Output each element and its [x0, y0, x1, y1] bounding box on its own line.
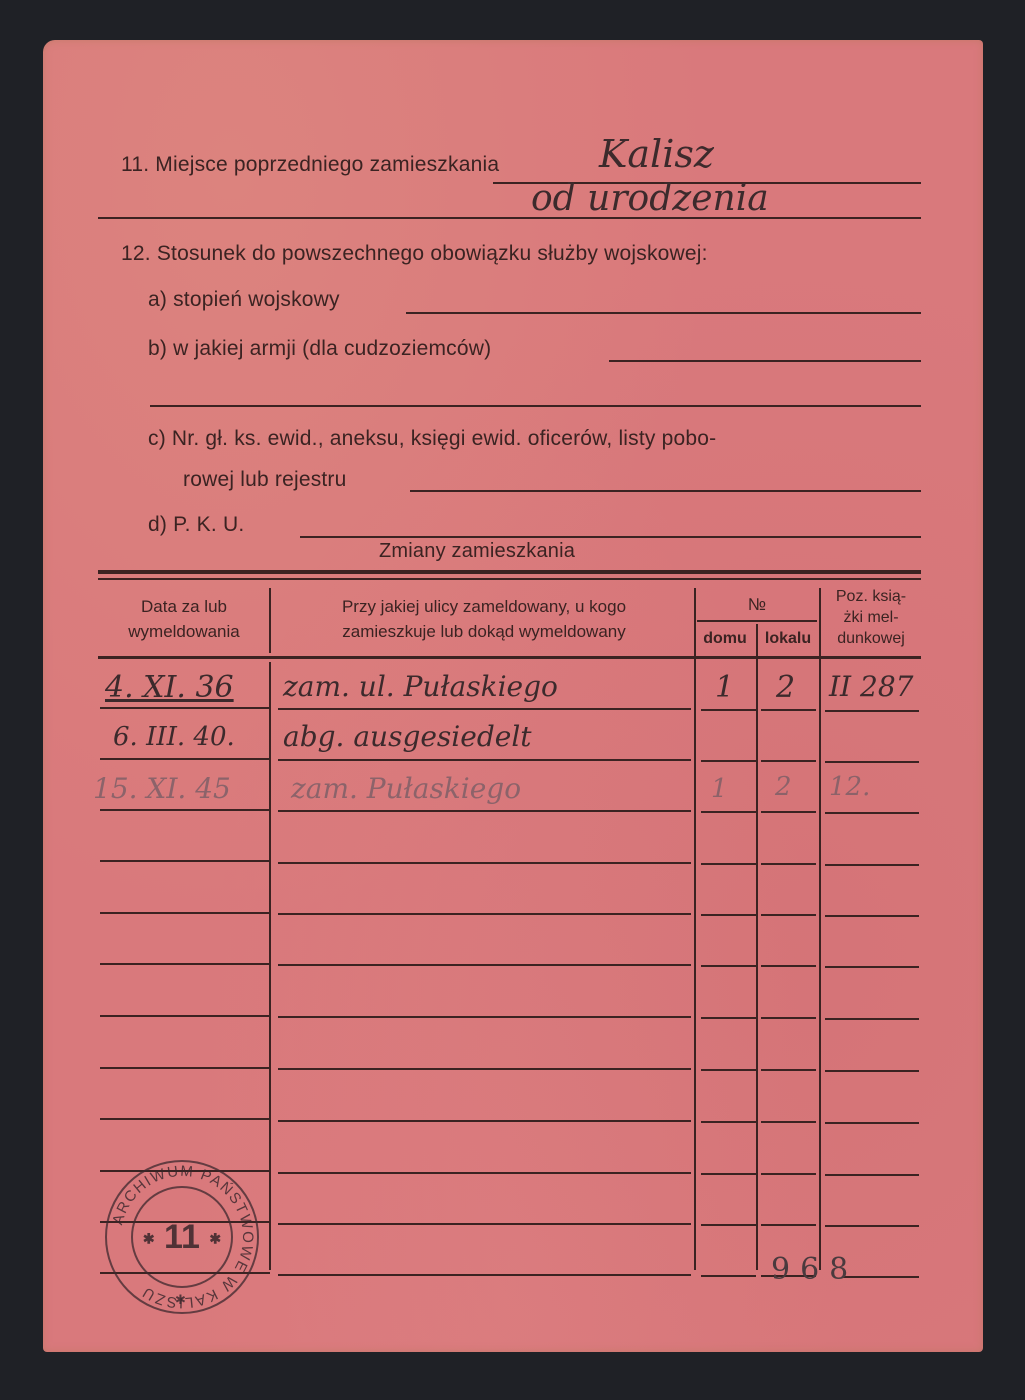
row-line [701, 1017, 756, 1019]
col-divider-3 [756, 624, 758, 1270]
section-12b-line [609, 360, 921, 362]
row-line [761, 709, 816, 711]
row-line [825, 1225, 919, 1227]
row-3-date: 15. XI. 45 [93, 772, 231, 805]
row-3-house: 1 [711, 774, 728, 804]
header-book-line-2: żki mel- [821, 607, 921, 628]
row-1-house: 1 [715, 670, 734, 705]
row-line [278, 862, 691, 864]
section-12c-label-1: c) Nr. gł. ks. ewid., aneksu, księgi ewi… [148, 427, 716, 451]
row-line [701, 811, 756, 813]
row-line [761, 914, 816, 916]
row-2-date: 6. III. 40. [113, 722, 235, 752]
section-12d-label: d) P. K. U. [148, 513, 244, 537]
row-line [701, 914, 756, 916]
row-line [761, 760, 816, 762]
col-divider-1-header [269, 588, 271, 653]
section-12c-line [410, 490, 921, 492]
table-top-rule-thick [98, 570, 921, 574]
row-line [100, 1118, 270, 1120]
row-line [701, 1224, 756, 1226]
row-line [100, 860, 270, 862]
row-3-book: 12. [829, 772, 870, 802]
row-line [825, 966, 919, 968]
row-line [761, 965, 816, 967]
row-line [278, 1274, 691, 1276]
row-line [100, 809, 270, 811]
section-12c-label-2: rowej lub rejestru [183, 468, 347, 492]
row-line [701, 1173, 756, 1175]
row-line [701, 863, 756, 865]
table-title: Zmiany zamieszkania [379, 540, 575, 563]
header-book-line-3: dunkowej [821, 628, 921, 649]
row-line [701, 1275, 756, 1277]
row-line [701, 1069, 756, 1071]
section-11-label: 11. Miejsce poprzedniego zamieszkania [121, 153, 499, 177]
header-number-divider [697, 620, 817, 622]
header-street: Przy jakiej ulicy zameldowany, u kogo za… [275, 594, 693, 644]
row-line [278, 759, 691, 761]
row-line [825, 761, 919, 763]
section-11-value-2: od urodzenia [531, 178, 769, 219]
row-line [761, 1121, 816, 1123]
row-line [825, 1122, 919, 1124]
row-line [701, 709, 756, 711]
header-street-line-2: zamieszkuje lub dokąd wymeldowany [275, 619, 693, 644]
section-12b-line-2 [150, 405, 921, 407]
row-line [761, 1173, 816, 1175]
row-line [825, 1070, 919, 1072]
row-line [701, 760, 756, 762]
header-house: domu [695, 626, 755, 651]
row-line [100, 707, 270, 709]
catalog-number: 968 [771, 1252, 858, 1287]
row-2-street: abg. ausgesiedelt [283, 720, 532, 753]
col-divider-2 [694, 588, 696, 1270]
archive-stamp: ARCHIWUM PAŃSTWOWE W KALISZU ✱ ✱ 11 ✱ [105, 1160, 259, 1314]
row-line [761, 863, 816, 865]
section-12-label: 12. Stosunek do powszechnego obowiązku s… [121, 242, 708, 266]
section-12a-line [406, 312, 921, 314]
row-line [701, 965, 756, 967]
header-bottom-rule [98, 656, 921, 659]
header-apartment: lokalu [757, 626, 819, 651]
header-number: № [695, 592, 819, 617]
row-line [761, 811, 816, 813]
row-1-apartment: 2 [776, 670, 795, 705]
row-line [278, 1223, 691, 1225]
registration-card: 11. Miejsce poprzedniego zamieszkania Ka… [43, 40, 983, 1352]
row-line [100, 912, 270, 914]
col-divider-1 [269, 662, 271, 1270]
row-line [761, 1224, 816, 1226]
row-line [278, 1068, 691, 1070]
header-book-line-1: Poz. ksią- [821, 586, 921, 607]
section-11-value-1: Kalisz [599, 132, 714, 176]
row-line [278, 708, 691, 710]
section-12b-label: b) w jakiej armji (dla cudzoziemców) [148, 337, 491, 361]
row-line [100, 963, 270, 965]
header-date-line-2: wymeldowania [100, 619, 268, 644]
header-date: Data za lub wymeldowania [100, 594, 268, 644]
header-street-line-1: Przy jakiej ulicy zameldowany, u kogo [275, 594, 693, 619]
section-11-line-2 [98, 217, 921, 219]
row-line [100, 1015, 270, 1017]
row-line [278, 913, 691, 915]
row-1-street: zam. ul. Pułaskiego [283, 670, 558, 703]
row-line [701, 1121, 756, 1123]
star-icon: ✱ [143, 1231, 155, 1247]
row-line [278, 1120, 691, 1122]
row-line [278, 1172, 691, 1174]
section-12d-line [300, 536, 921, 538]
row-line [100, 1067, 270, 1069]
row-1-date: 4. XI. 36 [105, 670, 234, 705]
table-top-rule-thin [98, 578, 921, 580]
header-book: Poz. ksią- żki mel- dunkowej [821, 586, 921, 649]
row-line [278, 1016, 691, 1018]
row-line [100, 758, 270, 760]
svg-text:✱: ✱ [175, 1292, 186, 1307]
row-line [825, 1174, 919, 1176]
stamp-number-value: 11 [164, 1218, 200, 1256]
row-3-street: zam. Pułaskiego [291, 772, 521, 805]
row-line [825, 812, 919, 814]
row-3-apartment: 2 [775, 772, 792, 802]
row-line [278, 810, 691, 812]
stamp-number: ✱ 11 ✱ [133, 1218, 231, 1257]
row-line [761, 1017, 816, 1019]
row-line [825, 1018, 919, 1020]
col-divider-4 [819, 588, 821, 1270]
stamp-inner-ring: ✱ 11 ✱ [131, 1186, 233, 1288]
section-12a-label: a) stopień wojskowy [148, 288, 340, 312]
row-line [278, 964, 691, 966]
row-line [825, 710, 919, 712]
row-line [825, 864, 919, 866]
header-date-line-1: Data za lub [100, 594, 268, 619]
row-1-book: II 287 [829, 670, 913, 703]
star-icon: ✱ [209, 1231, 221, 1247]
row-line [761, 1069, 816, 1071]
row-line [825, 915, 919, 917]
